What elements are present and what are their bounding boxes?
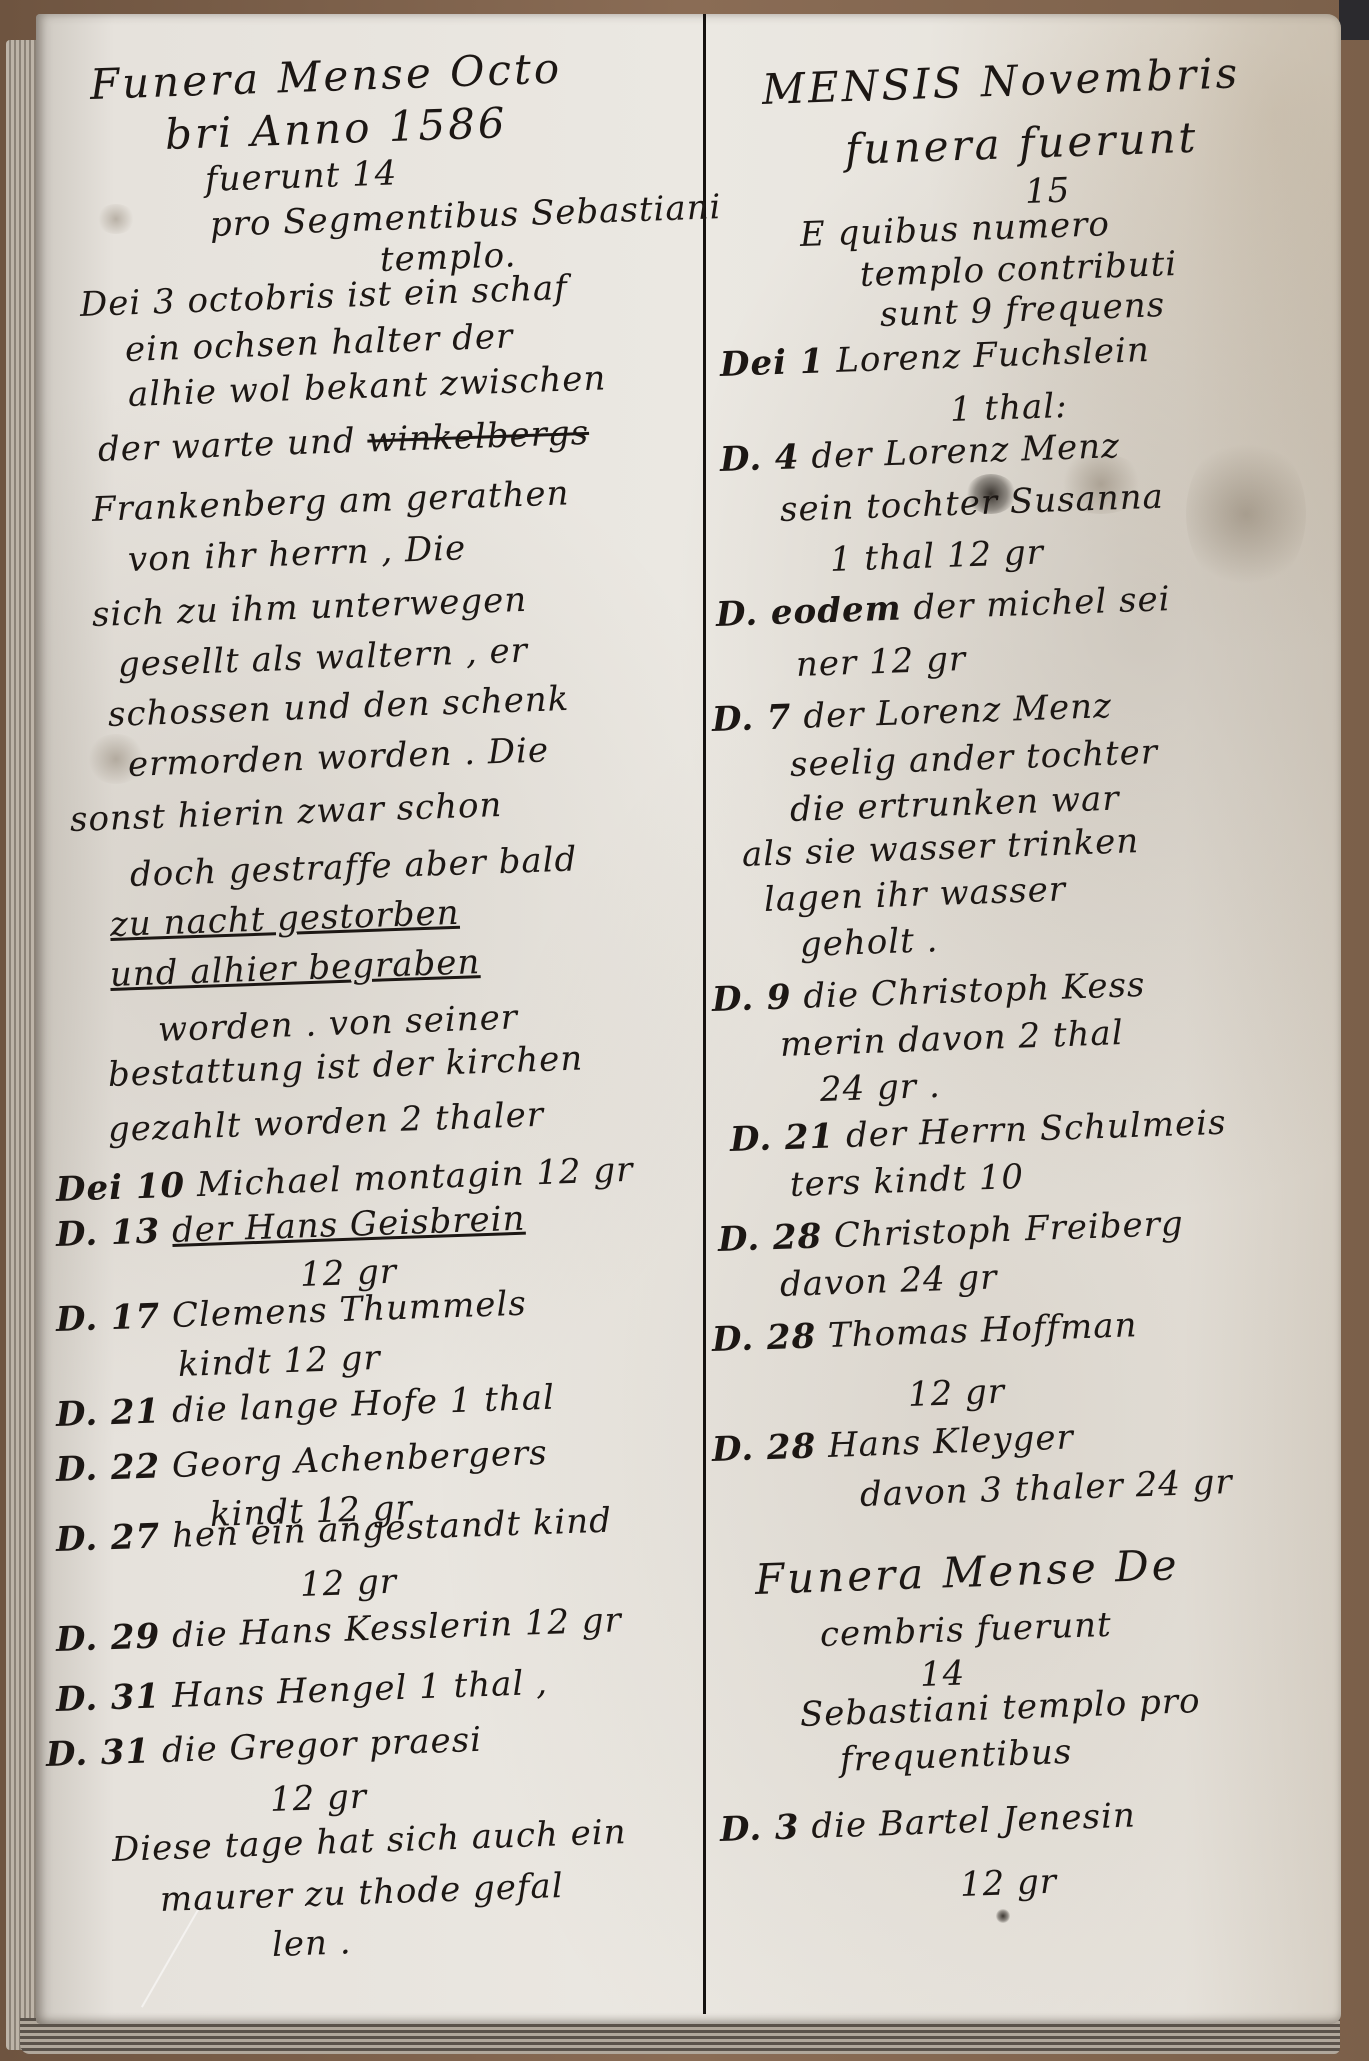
entry-date: D. 13 [55, 1211, 161, 1255]
background-corner [1339, 0, 1369, 40]
entry-date: D. 28 [711, 1426, 817, 1470]
entry-date: D. 27 [55, 1516, 161, 1560]
closing-note-line: len . [271, 1922, 352, 1965]
entry-date: D. 31 [45, 1731, 151, 1775]
entry-date: Dei 1 [719, 341, 825, 385]
burial-entry-detail: ters kindt 10 [789, 1157, 1024, 1205]
entry-date: D. 21 [729, 1116, 835, 1160]
burial-entry-amount: 12 gr [299, 1562, 397, 1605]
entry-date: D. 22 [55, 1446, 161, 1490]
burial-entry-amount: kindt 12 gr [177, 1338, 381, 1385]
entry-text: Hans Kleyger [827, 1417, 1074, 1466]
entry-date: D. 4 [719, 437, 800, 480]
burial-entry-amount: 24 gr . [819, 1066, 941, 1110]
column-divider-line [703, 14, 706, 2014]
burial-entry-amount: 1 thal 12 gr [829, 533, 1044, 580]
struck-through-word: winkelbergs [367, 413, 590, 461]
burial-entry-amount: davon 24 gr [779, 1257, 998, 1305]
entry-date: D. 7 [711, 697, 792, 740]
entry-date: D. 9 [711, 977, 792, 1020]
water-stain [1186, 434, 1306, 594]
book-binding: Funera Mense Octo bri Anno 1586 fuerunt … [0, 0, 1369, 2061]
entry-date: Dei 10 [55, 1166, 186, 1210]
entry-date: D. 28 [711, 1316, 817, 1360]
entry-date: D. 17 [55, 1296, 161, 1340]
december-heading-line: frequentibus [839, 1732, 1073, 1780]
ink-dot [996, 1909, 1010, 1923]
entry-date: D. 31 [55, 1676, 161, 1720]
entry-date: D. 3 [719, 1807, 800, 1850]
ink-stain [96, 204, 136, 234]
entry-date: D. 29 [55, 1616, 161, 1660]
left-heading-line-3: fuerunt 14 [204, 153, 398, 200]
entry-date: D. eodem [715, 589, 902, 635]
burial-entry-amount: 12 gr [269, 1777, 367, 1820]
burial-entry-amount: ner 12 gr [795, 639, 966, 685]
burial-entry-amount: 1 thal: [949, 386, 1068, 430]
burial-entry-detail: geholt . [799, 920, 939, 965]
entry-date: D. 28 [717, 1216, 823, 1260]
entry-date: D. 21 [55, 1391, 161, 1435]
burial-entry-amount: 12 gr [959, 1862, 1057, 1905]
burial-entry-amount: 12 gr [907, 1372, 1005, 1415]
